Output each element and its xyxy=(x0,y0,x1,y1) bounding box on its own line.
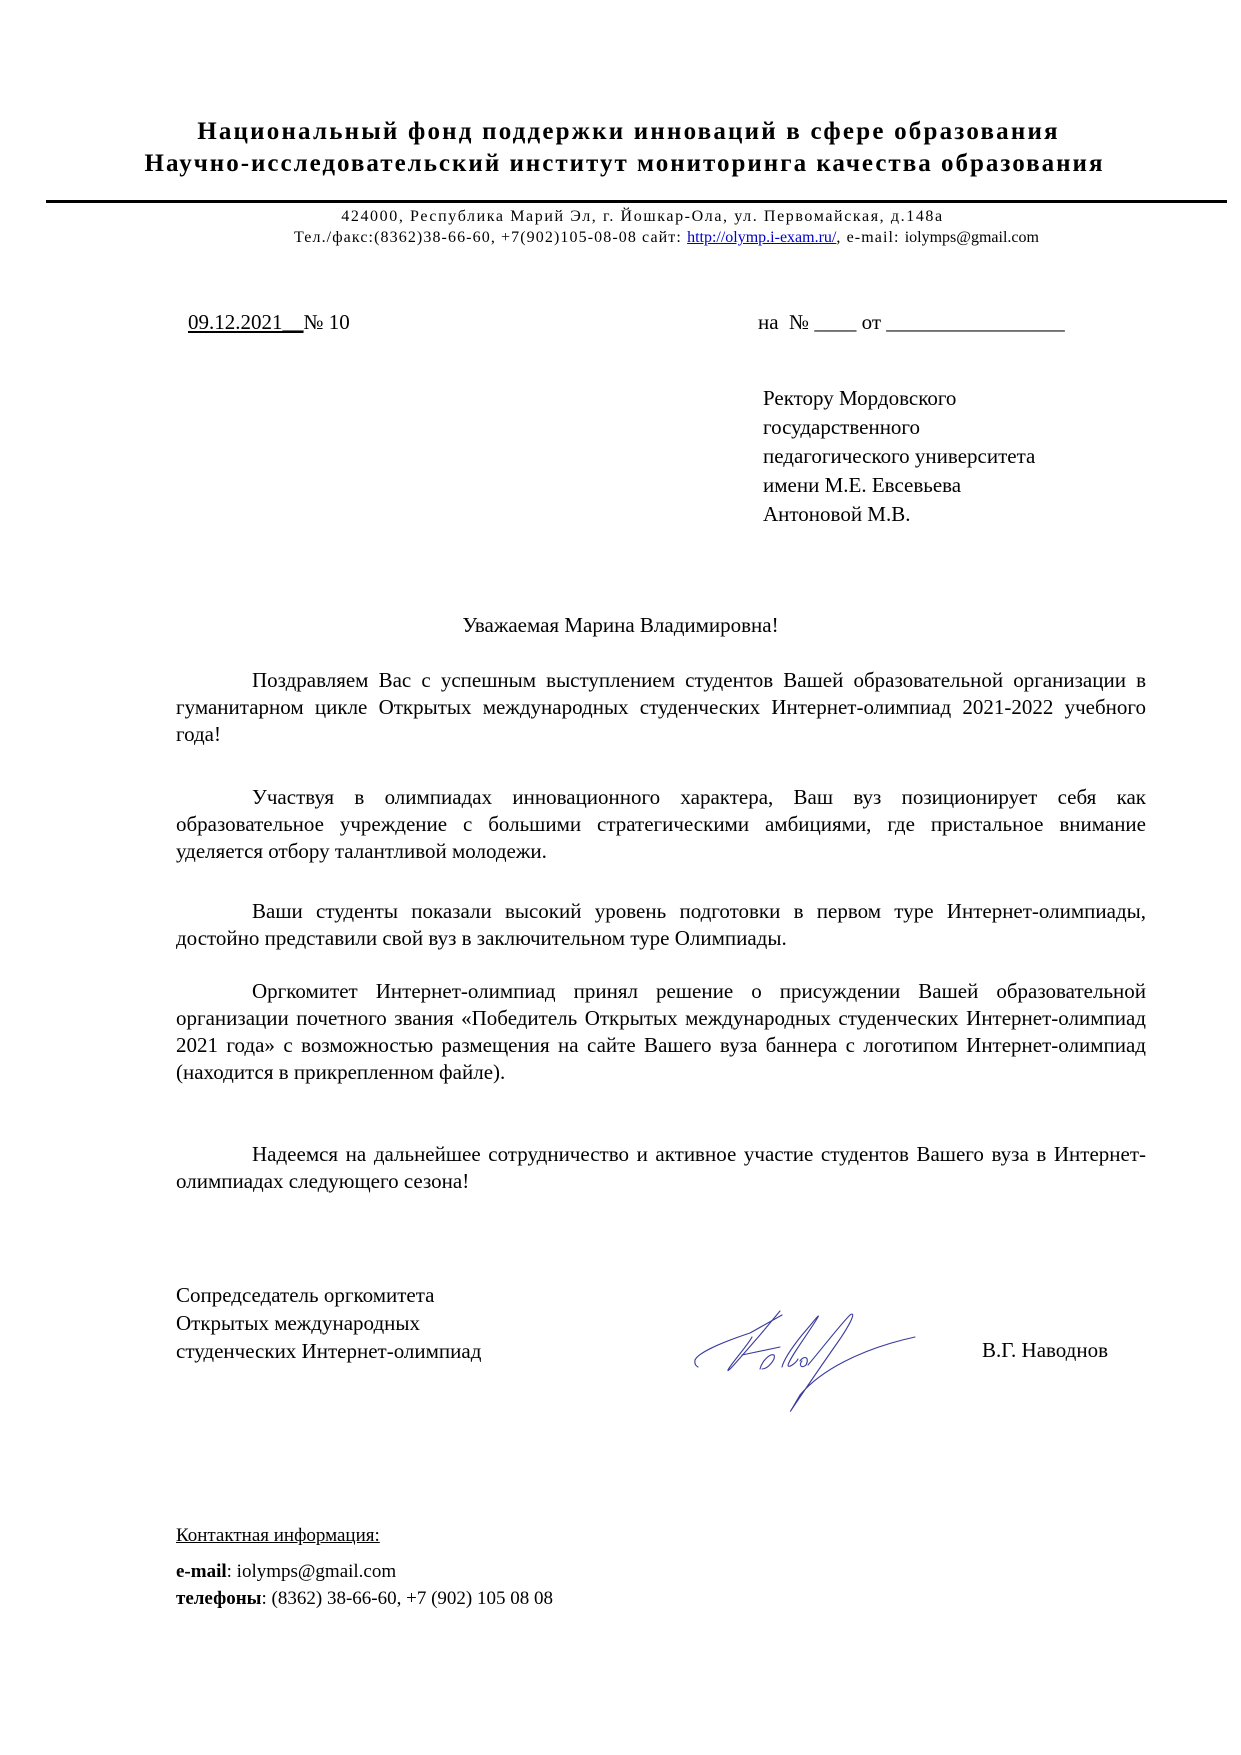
contact-email-label: e-mail xyxy=(176,1561,227,1582)
contact-info-block: Контактная информация: e-mail: iolymps@g… xyxy=(176,1524,553,1612)
outgoing-reference: 09.12.2021__№ 10 xyxy=(188,309,350,335)
body-paragraph: Ваши студенты показали высокий уровень п… xyxy=(176,898,1146,952)
body-paragraph: Поздравляем Вас с успешным выступлением … xyxy=(176,667,1146,748)
signatory-name: В.Г. Наводнов xyxy=(982,1337,1108,1363)
letterhead-email: iolymps@gmail.com xyxy=(905,229,1039,246)
addressee-line: педагогического университета xyxy=(763,442,1035,471)
handwritten-signature-icon xyxy=(690,1285,920,1415)
contact-email: e-mail: iolymps@gmail.com xyxy=(176,1558,553,1585)
contact-phone: телефоны: (8362) 38-66-60, +7 (902) 105 … xyxy=(176,1585,553,1612)
position-line: Сопредседатель оргкомитета xyxy=(176,1281,481,1309)
position-line: студенческих Интернет-олимпиад xyxy=(176,1337,481,1365)
letter-number: № 10 xyxy=(304,310,350,334)
contact-info-title: Контактная информация: xyxy=(176,1524,553,1548)
signatory-position: Сопредседатель оргкомитета Открытых межд… xyxy=(176,1281,481,1365)
body-paragraph: Участвуя в олимпиадах инновационного хар… xyxy=(176,784,1146,865)
addressee-block: Ректору Мордовского государственного пед… xyxy=(763,384,1035,529)
letter-date: 09.12.2021 xyxy=(188,310,283,334)
body-paragraph: Оргкомитет Интернет-олимпиад принял реше… xyxy=(176,978,1146,1086)
organization-name-line-1: Национальный фонд поддержки инноваций в … xyxy=(8,118,1241,146)
addressee-line: Ректору Мордовского xyxy=(763,384,1035,413)
organization-name-line-2: Научно-исследовательский институт монито… xyxy=(4,150,1241,178)
letterhead-address: 424000, Республика Марий Эл, г. Йошкар-О… xyxy=(22,208,1241,226)
email-label: , e-mail: xyxy=(836,229,904,246)
letterhead-divider xyxy=(46,200,1227,203)
contact-email-value: : iolymps@gmail.com xyxy=(227,1561,397,1582)
addressee-line: Антоновой М.В. xyxy=(763,500,1035,529)
greeting: Уважаемая Марина Владимировна! xyxy=(0,612,1241,638)
website-link[interactable]: http://olymp.i-exam.ru/ xyxy=(687,229,836,246)
addressee-line: имени М.Е. Евсевьева xyxy=(763,471,1035,500)
contact-phone-value: : (8362) 38-66-60, +7 (902) 105 08 08 xyxy=(262,1588,553,1609)
body-paragraph: Надеемся на дальнейшее сотрудничество и … xyxy=(176,1141,1146,1195)
position-line: Открытых международных xyxy=(176,1309,481,1337)
date-filler: __ xyxy=(283,310,304,334)
letterhead-contacts: Тел./факс:(8362)38-66-60, +7(902)105-08-… xyxy=(46,229,1241,247)
addressee-line: государственного xyxy=(763,413,1035,442)
reply-reference: на № ____ от _________________ xyxy=(758,309,1065,335)
contact-phone-label: телефоны xyxy=(176,1588,262,1609)
letterhead-phone: Тел./факс:(8362)38-66-60, +7(902)105-08-… xyxy=(294,229,687,246)
